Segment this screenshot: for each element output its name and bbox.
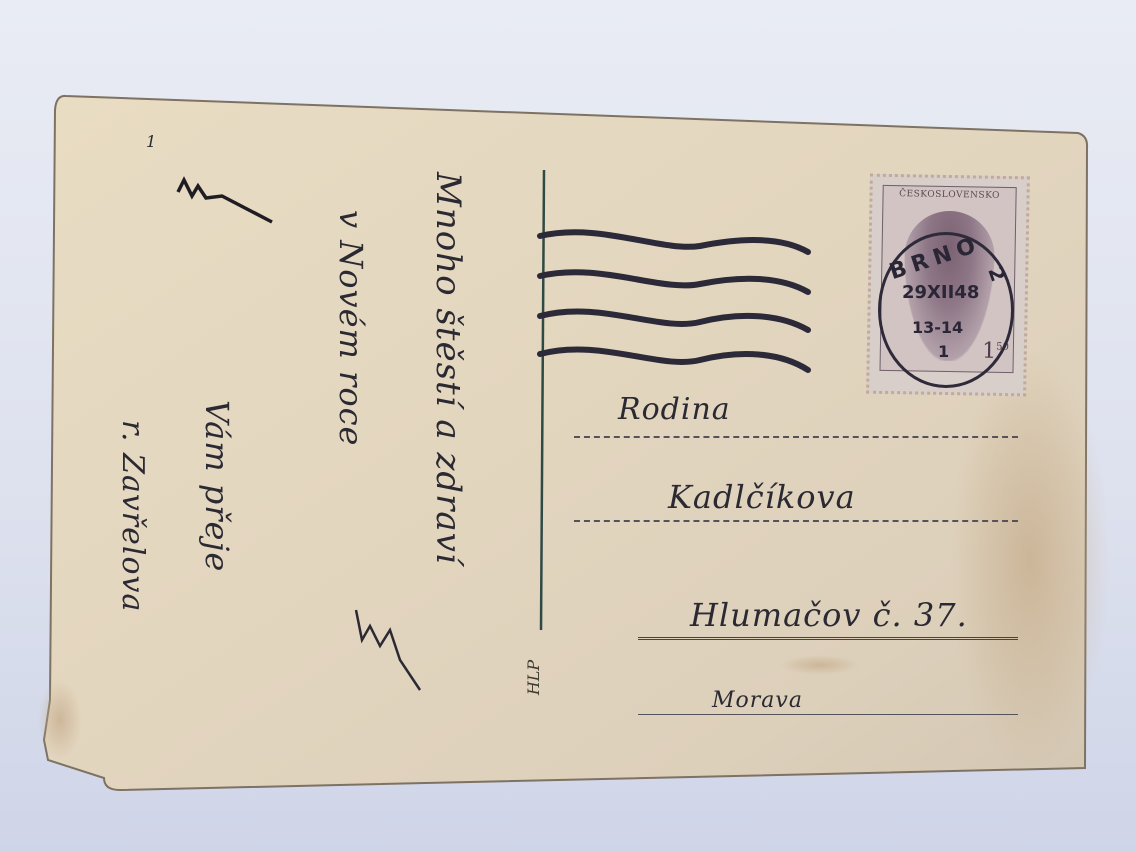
postmark-date: 29XII48: [902, 282, 979, 303]
greeting-line-2: v Novém roce: [332, 210, 370, 446]
address-line-3: Hlumačov č. 37.: [690, 596, 968, 634]
postmark-office: 1: [938, 342, 949, 361]
postmark-time: 13-14: [912, 318, 963, 337]
edge-stain: [38, 680, 82, 760]
address-rule-2: [574, 520, 1018, 522]
postcard-photo: [0, 0, 1136, 852]
water-stain: [950, 350, 1110, 770]
address-line-1: Rodina: [618, 392, 731, 427]
address-line-2: Kadlčíkova: [668, 478, 856, 516]
signature-line-1: Vám přeje: [198, 400, 236, 572]
greeting-line-1: Mnoho štěstí a zdraví: [428, 172, 468, 565]
address-line-4: Morava: [712, 688, 803, 713]
signature-line-2: r. Zavřelova: [115, 420, 150, 612]
rust-stain: [780, 655, 860, 675]
corner-number: 1: [146, 132, 157, 151]
publisher-monogram: HLP: [524, 660, 543, 695]
address-rule-4: [638, 714, 1018, 715]
address-rule-3: [638, 637, 1018, 640]
stamp-country: ČESKOSLOVENSKO: [883, 189, 1015, 201]
address-rule-1: [574, 436, 1018, 438]
